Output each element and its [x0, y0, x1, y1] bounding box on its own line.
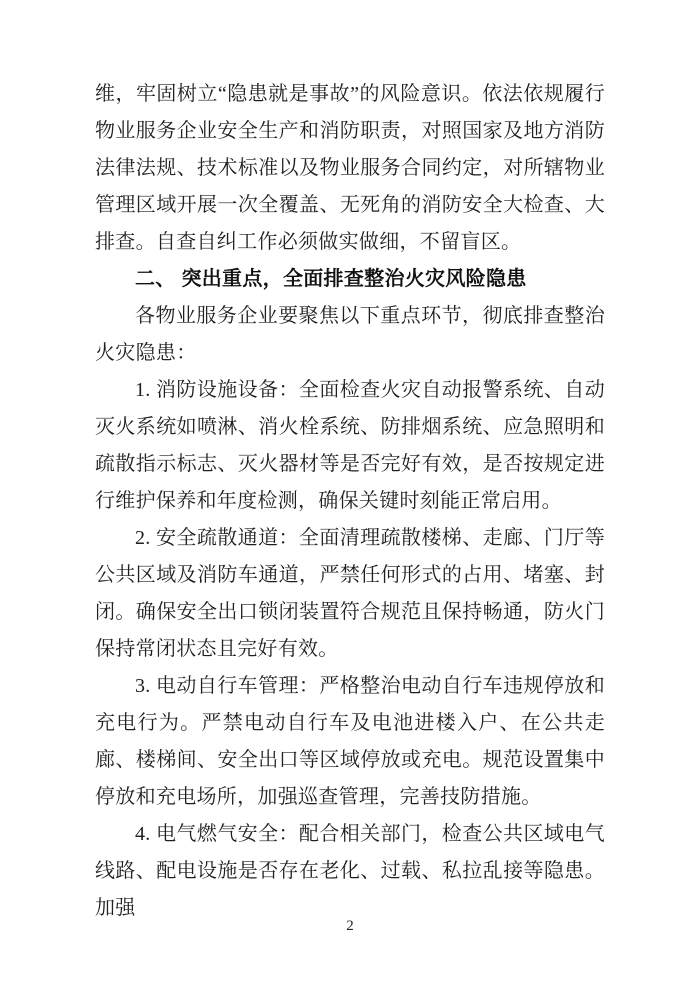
list-item-evacuation-routes: 2. 安全疏散通道：全面清理疏散楼梯、走廊、门厅等公共区域及消防车通道，严禁任何… [95, 520, 605, 668]
page-number: 2 [0, 919, 700, 934]
document-page: 维，牢固树立“隐患就是事故”的风险意识。依法依规履行物业服务企业安全生产和消防职… [0, 0, 700, 990]
list-item-ebike-management: 3. 电动自行车管理：严格整治电动自行车违规停放和充电行为。严禁电动自行车及电池… [95, 668, 605, 816]
section-heading: 二、 突出重点，全面排查整治火灾风险隐患 [95, 261, 605, 298]
list-item-fire-equipment: 1. 消防设施设备：全面检查火灾自动报警系统、自动灭火系统如喷淋、消火栓系统、防… [95, 372, 605, 520]
paragraph-continuation: 维，牢固树立“隐患就是事故”的风险意识。依法依规履行物业服务企业安全生产和消防职… [95, 76, 605, 261]
list-item-electric-gas-safety: 4. 电气燃气安全：配合相关部门，检查公共区域电气线路、配电设施是否存在老化、过… [95, 816, 605, 927]
lead-paragraph: 各物业服务企业要聚焦以下重点环节，彻底排查整治火灾隐患： [95, 298, 605, 372]
